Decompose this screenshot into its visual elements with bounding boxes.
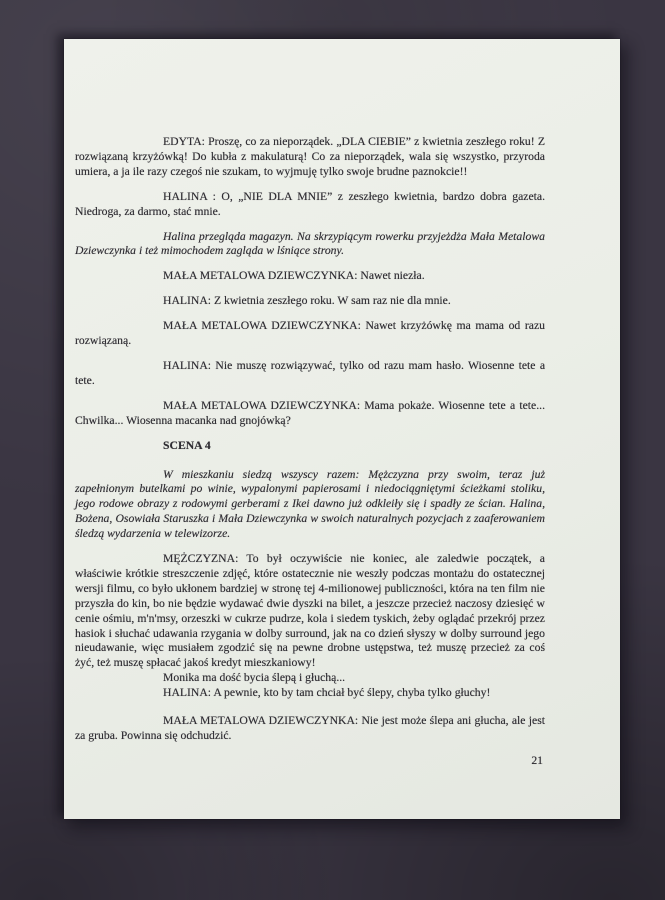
- dialogue-continuation-monika: Monika ma dość bycia ślepą i głuchą...: [75, 671, 545, 686]
- dialogue-halina-4: HALINA: A pewnie, kto by tam chciał być …: [75, 686, 545, 701]
- scan-background: EDYTA: Proszę, co za nieporządek. „DLA C…: [0, 0, 665, 900]
- dialogue-halina-2: HALINA: Z kwietnia zeszłego roku. W sam …: [75, 294, 545, 309]
- dialogue-mmd-3: MAŁA METALOWA DZIEWCZYNKA: Mama pokaże. …: [75, 399, 545, 429]
- dialogue-mmd-2: MAŁA METALOWA DZIEWCZYNKA: Nawet krzyżów…: [75, 319, 545, 349]
- dialogue-mmd-1: MAŁA METALOWA DZIEWCZYNKA: Nawet niezła.: [75, 269, 545, 284]
- dialogue-mezczyzna: MĘŻCZYZNA: To był oczywiście nie koniec,…: [75, 552, 545, 671]
- page-number: 21: [75, 754, 543, 769]
- scene-heading: SCENA 4: [75, 439, 545, 454]
- page-text-block: EDYTA: Proszę, co za nieporządek. „DLA C…: [75, 135, 545, 769]
- dialogue-halina-1: HALINA : O, „NIE DLA MNIE” z zeszłego kw…: [75, 190, 545, 220]
- scanned-script-page: EDYTA: Proszę, co za nieporządek. „DLA C…: [64, 39, 620, 819]
- dialogue-edyta: EDYTA: Proszę, co za nieporządek. „DLA C…: [75, 135, 545, 180]
- stage-direction-2: W mieszkaniu siedzą wszyscy razem: Mężcz…: [75, 468, 545, 543]
- dialogue-mmd-4: MAŁA METALOWA DZIEWCZYNKA: Nie jest może…: [75, 714, 545, 744]
- stage-direction-1: Halina przegląda magazyn. Na skrzypiącym…: [75, 230, 545, 260]
- dialogue-halina-3: HALINA: Nie muszę rozwiązywać, tylko od …: [75, 359, 545, 389]
